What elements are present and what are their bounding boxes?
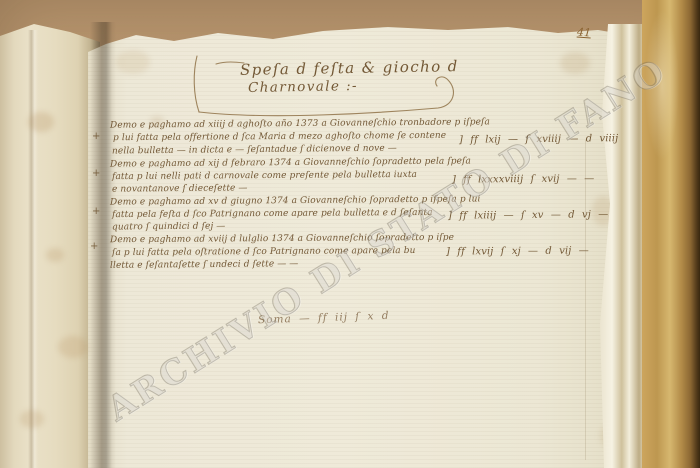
foxing-stain xyxy=(20,410,44,428)
entry-line: fatta p lui nelli pati d carnovale come … xyxy=(112,170,417,182)
facing-page-fold xyxy=(28,30,38,468)
right-margin-rule xyxy=(585,140,586,460)
entry-amount: ] ff lxxxxviiij ſ xvij — — xyxy=(452,173,594,185)
entry-line: ſa p lui fatta pela oſtratione d ſco Pat… xyxy=(112,246,416,258)
entry-cross-mark: + xyxy=(90,241,98,252)
entry-line: quatro ſ quindici d ſej — xyxy=(112,222,225,233)
entry-amount: ] ff lxiiij — ſ xv — d vj — xyxy=(448,209,608,221)
entry-amount: ] ff lxvij ſ xj — d vij — xyxy=(446,245,589,257)
manuscript-photo: 41 Speſa d feſta & giocho d Charnovale :… xyxy=(0,0,700,468)
parchment-highlight xyxy=(645,10,679,160)
foxing-stain xyxy=(46,248,64,262)
foxing-stain xyxy=(560,52,590,74)
folio-number: 41 xyxy=(577,26,592,40)
entry-line: lletta e ſeſantaſette ſ undeci d ſette —… xyxy=(110,259,298,271)
heading-title-line1: Speſa d feſta & giocho d xyxy=(240,57,459,79)
entry-amount: ] ff lxij — ſ xviiij — d viiij xyxy=(459,133,618,146)
entry-cross-mark: + xyxy=(92,131,100,142)
heading-title-line2: Charnovale :- xyxy=(248,78,358,96)
entry-cross-mark: + xyxy=(92,168,100,179)
foxing-stain xyxy=(116,50,150,74)
foxing-stain xyxy=(28,112,54,132)
facing-page-edge xyxy=(0,22,100,468)
entry-cross-mark: + xyxy=(92,206,100,217)
foxing-stain xyxy=(58,336,88,358)
entry-line: e novantanove ſ dieceſette — xyxy=(112,183,248,194)
